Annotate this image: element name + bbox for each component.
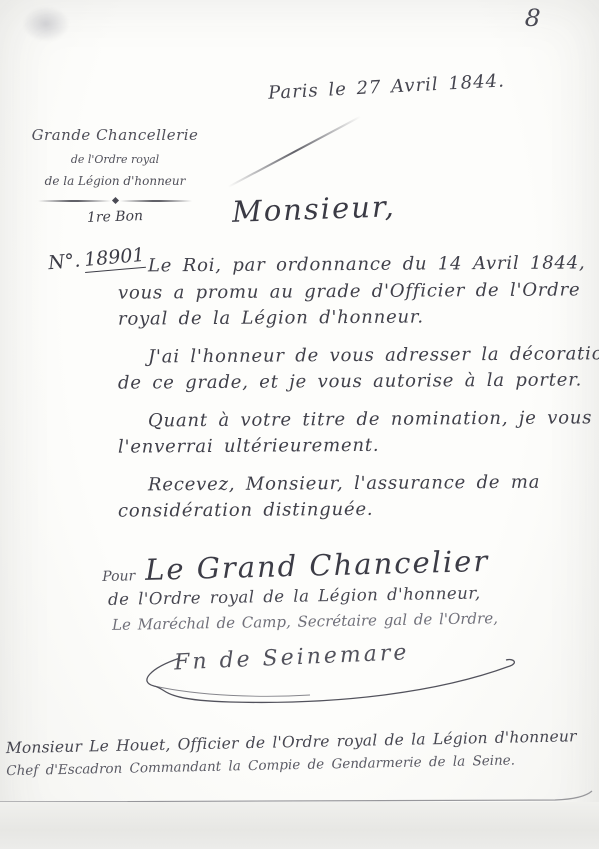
date-line: Paris le 27 Avril 1844. (268, 69, 529, 104)
closing-block: Pour Le Grand Chancelier de l'Ordre roya… (102, 548, 562, 667)
letterhead: Grande Chancellerie de l'Ordre royal de … (30, 126, 200, 225)
signature-flourish (110, 652, 530, 712)
salutation-flourish (228, 116, 361, 188)
paragraph-4: Recevez, Monsieur, l'assurance de ma con… (118, 471, 586, 524)
body-line: Le Roi, par ordonnance du 14 Avril 1844, (118, 250, 586, 280)
body-line: de ce grade, et je vous autorise à la po… (118, 367, 586, 397)
body-line: Recevez, Monsieur, l'assurance de ma (118, 469, 586, 499)
divider-diamond-icon (111, 197, 118, 204)
closing-pour: Pour (102, 568, 135, 585)
letter-body: Le Roi, par ordonnance du 14 Avril 1844,… (118, 252, 586, 535)
paragraph-1: Le Roi, par ordonnance du 14 Avril 1844,… (118, 252, 586, 332)
body-line: Quant à votre titre de nomination, je vo… (118, 405, 586, 435)
letterhead-bureau: 1re Bon (30, 206, 200, 228)
letterhead-divider (38, 198, 192, 203)
body-line: J'ai l'honneur de vous adresser la décor… (118, 341, 586, 371)
closing-officer-line: Le Maréchal de Camp, Secrétaire gal de l… (112, 608, 562, 634)
page-number: 8 (524, 4, 541, 33)
closing-title-row: Pour Le Grand Chancelier (102, 542, 563, 588)
body-line: considération distinguée. (118, 495, 586, 525)
body-line: royal de la Légion d'honneur. (118, 303, 586, 333)
closing-grand-chancelier: Le Grand Chancelier (145, 544, 490, 587)
letterhead-line3: de la Légion d'honneur (30, 174, 200, 188)
letterhead-line2: de l'Ordre royal (30, 153, 200, 166)
body-line: vous a promu au grade d'Officier de l'Or… (118, 277, 586, 307)
addressee-block: Monsieur Le Houet, Officier de l'Ordre r… (6, 727, 595, 779)
paragraph-2: J'ai l'honneur de vous adresser la décor… (118, 343, 586, 396)
salutation: Monsieur, (231, 189, 396, 229)
scanned-letter-page: 8 Paris le 27 Avril 1844. Grande Chancel… (0, 0, 599, 849)
pencil-smudge-mark (22, 6, 70, 42)
body-line: l'enverrai ultérieurement. (118, 431, 586, 461)
reference-label: N°. (47, 249, 81, 274)
divider-rule-left (38, 200, 111, 202)
divider-rule-right (120, 200, 193, 202)
scan-bottom-strip (0, 802, 599, 849)
letterhead-line1: Grande Chancellerie (30, 126, 200, 144)
paragraph-3: Quant à votre titre de nomination, je vo… (118, 407, 586, 460)
